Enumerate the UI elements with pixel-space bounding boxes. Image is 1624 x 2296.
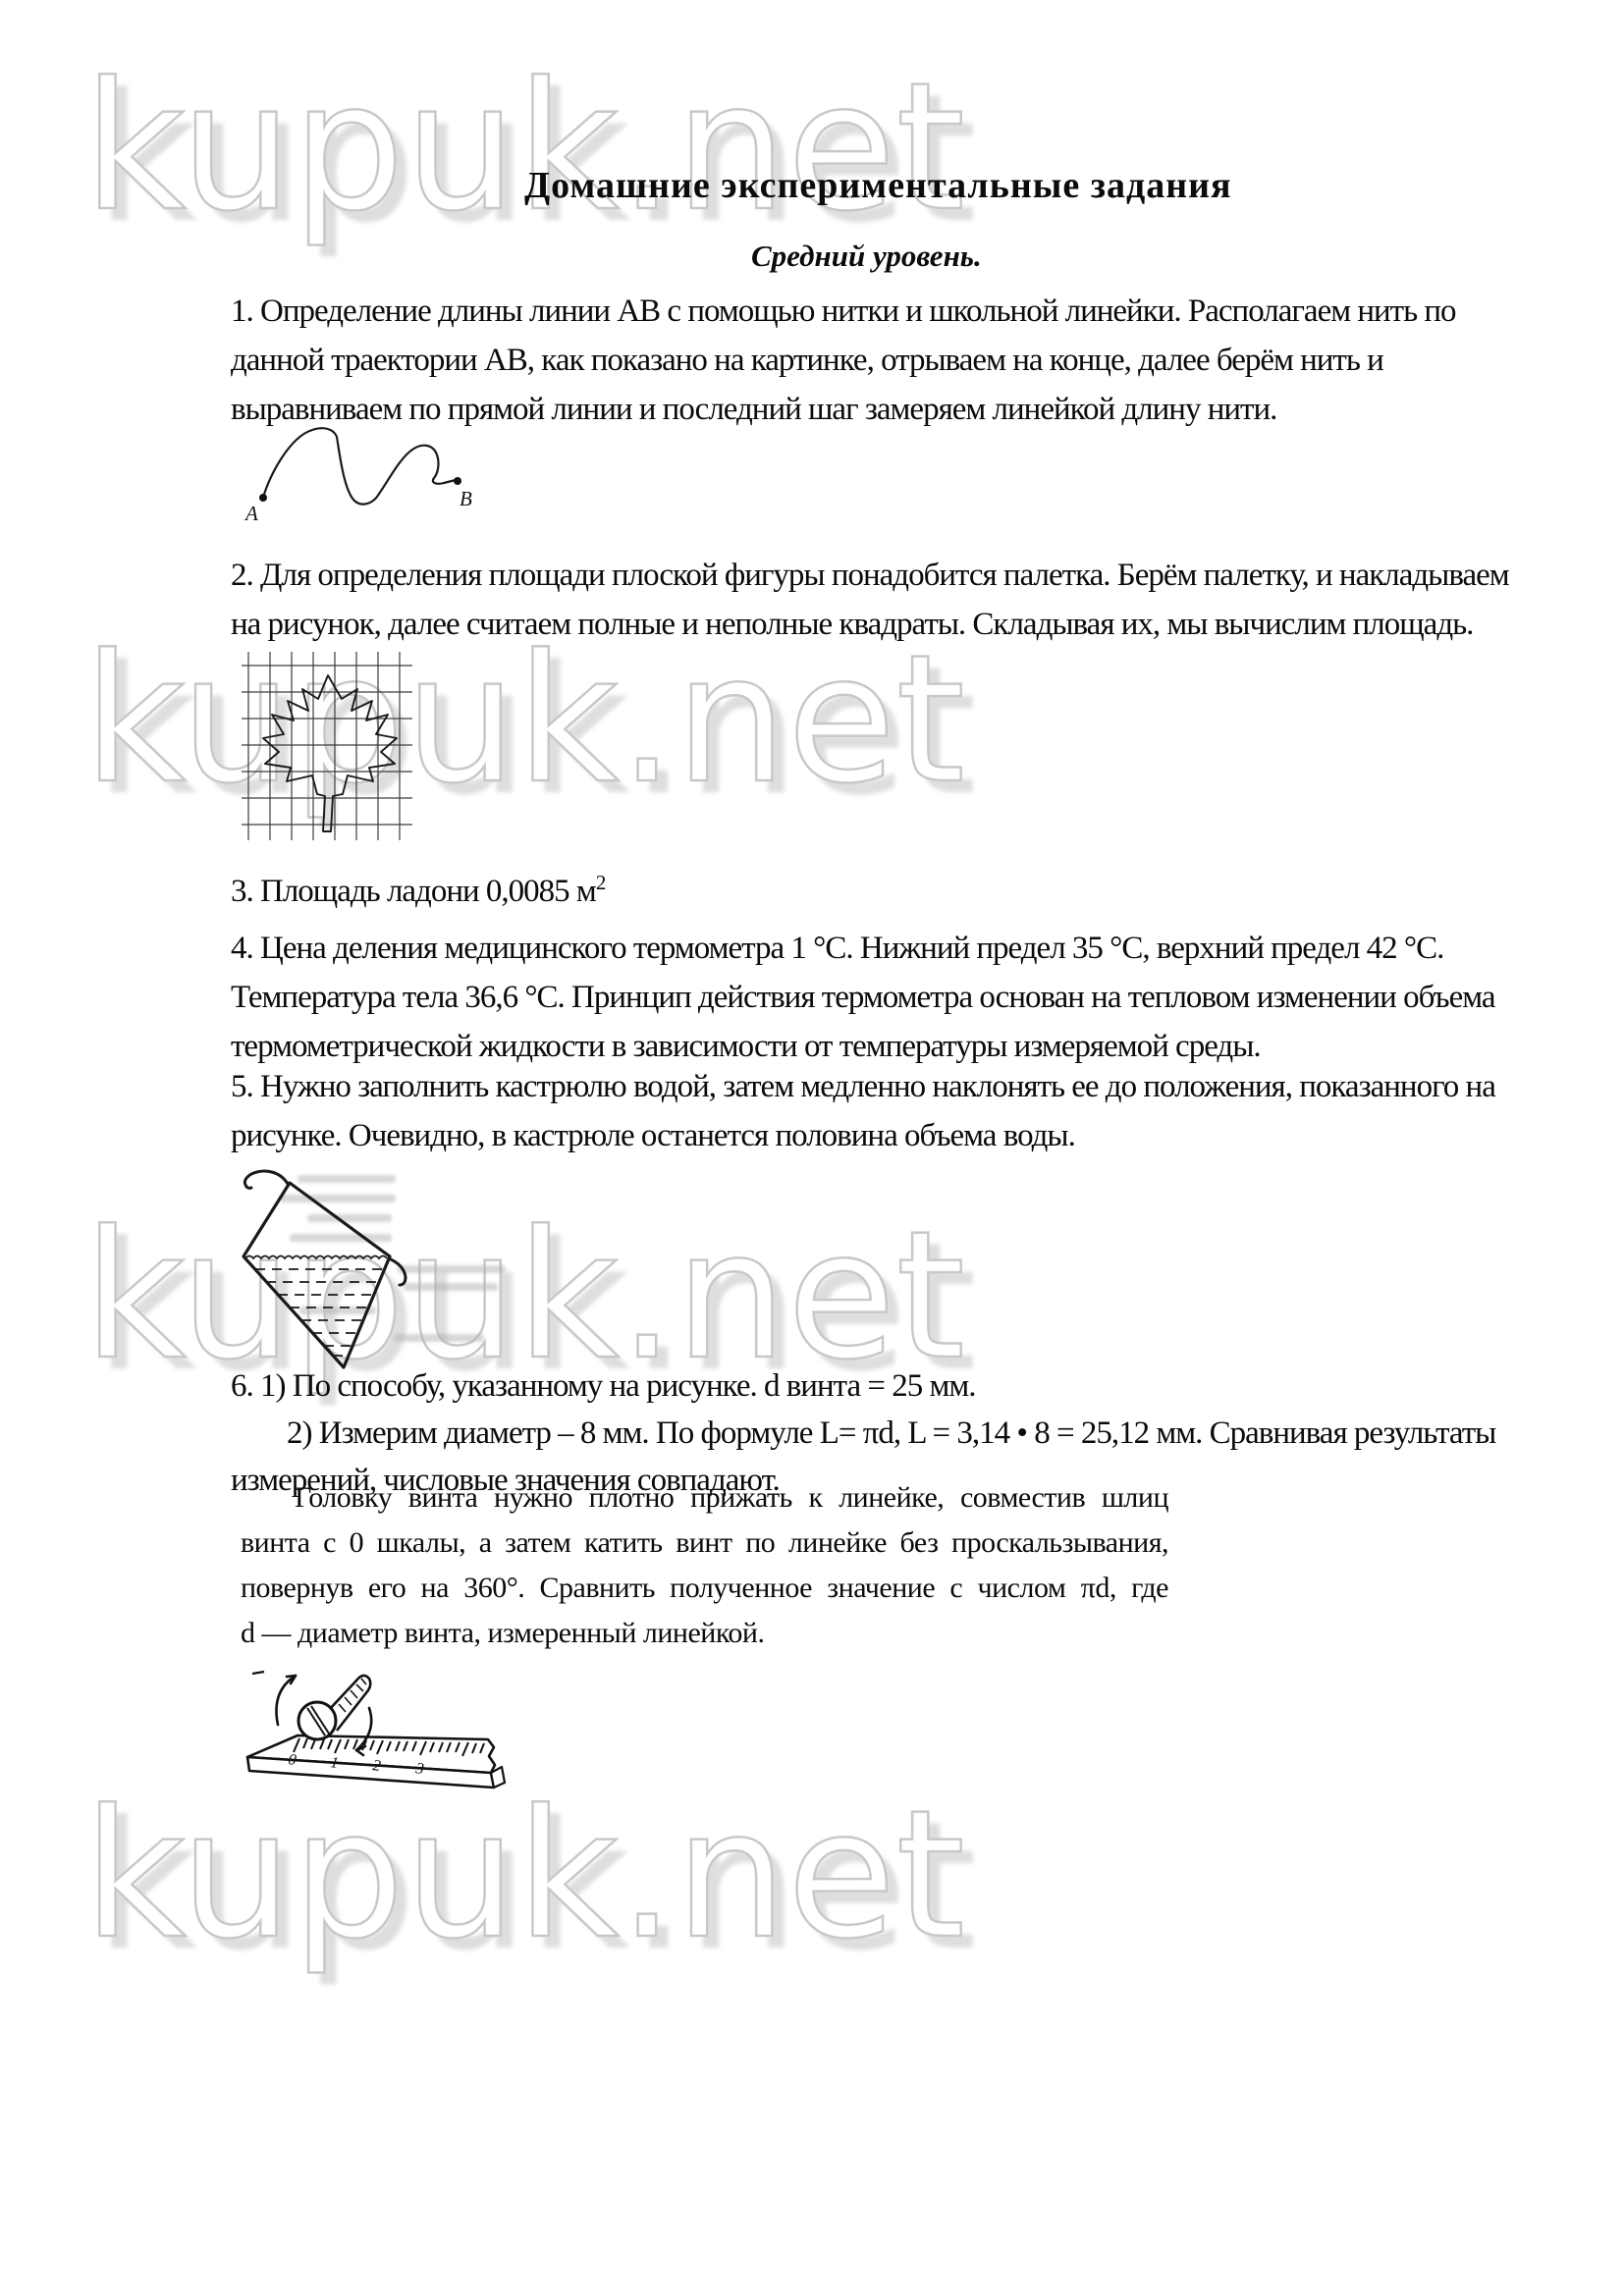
pot-handle-right (389, 1258, 406, 1285)
point-a-label: A (244, 502, 258, 525)
figure-tilted-pot (221, 1163, 525, 1384)
task3-line1: 3. Площадь ладони 0,0085 м2 (231, 863, 606, 911)
task4-line1: 4. Цена деления медицинского термометра … (231, 929, 1443, 968)
page-title: Домашние экспериментальные задания (524, 164, 1232, 207)
book-excerpt-line3: повернув его на 360°. Сравнить полученно… (241, 1571, 1168, 1606)
pot-handle-left (244, 1171, 288, 1188)
rotation-arrow-left (276, 1676, 296, 1725)
water-surface (245, 1256, 387, 1259)
task1-line1: 1. Определение длины линии АВ с помощью … (231, 292, 1456, 331)
rotation-start-mark (252, 1672, 264, 1674)
maple-leaf-outline (263, 675, 397, 831)
task6-line1: 6. 1) По способу, указанному на рисунке.… (231, 1366, 975, 1406)
book-excerpt-line1: Головку винта нужно плотно прижать к лин… (241, 1480, 1168, 1516)
task3-text: 3. Площадь ладони 0,0085 м (231, 874, 596, 909)
book-excerpt-line4: d — диаметр винта, измеренный линейкой. (241, 1616, 1168, 1651)
task3-superscript: 2 (596, 871, 607, 894)
book-excerpt-line2: винта с 0 шкалы, а затем катить винт по … (241, 1525, 1168, 1561)
pot-outline (244, 1183, 390, 1367)
point-b-label: B (460, 487, 472, 510)
figure-curve-ab: A B (236, 417, 481, 530)
figure-screw-ruler: 0 1 2 3 (231, 1659, 520, 1806)
point-a-dot (259, 494, 267, 502)
task5-line1: 5. Нужно заполнить кастрюлю водой, затем… (231, 1067, 1495, 1106)
task6-line2: 2) Измерим диаметр – 8 мм. По формуле L=… (231, 1414, 1495, 1453)
figure-leaf-grid (231, 638, 437, 849)
page-subtitle: Средний уровень. (751, 239, 982, 274)
point-b-dot (454, 477, 461, 485)
task4-line3: термометрической жидкости в зависимости … (231, 1027, 1261, 1066)
screw-head (298, 1702, 336, 1739)
document-page: kupuk.net kupuk.net kupuk.net kupuk.net … (0, 0, 1624, 2296)
task4-line2: Температура тела 36,6 °С. Принцип действ… (231, 978, 1495, 1017)
document-content: Домашние экспериментальные задания Средн… (0, 0, 1624, 2296)
task5-line2: рисунке. Очевидно, в кастрюле останется … (231, 1116, 1075, 1155)
task1-line2: данной траектории АВ, как показано на ка… (231, 341, 1383, 380)
task2-line1: 2. Для определения площади плоской фигур… (231, 556, 1509, 595)
